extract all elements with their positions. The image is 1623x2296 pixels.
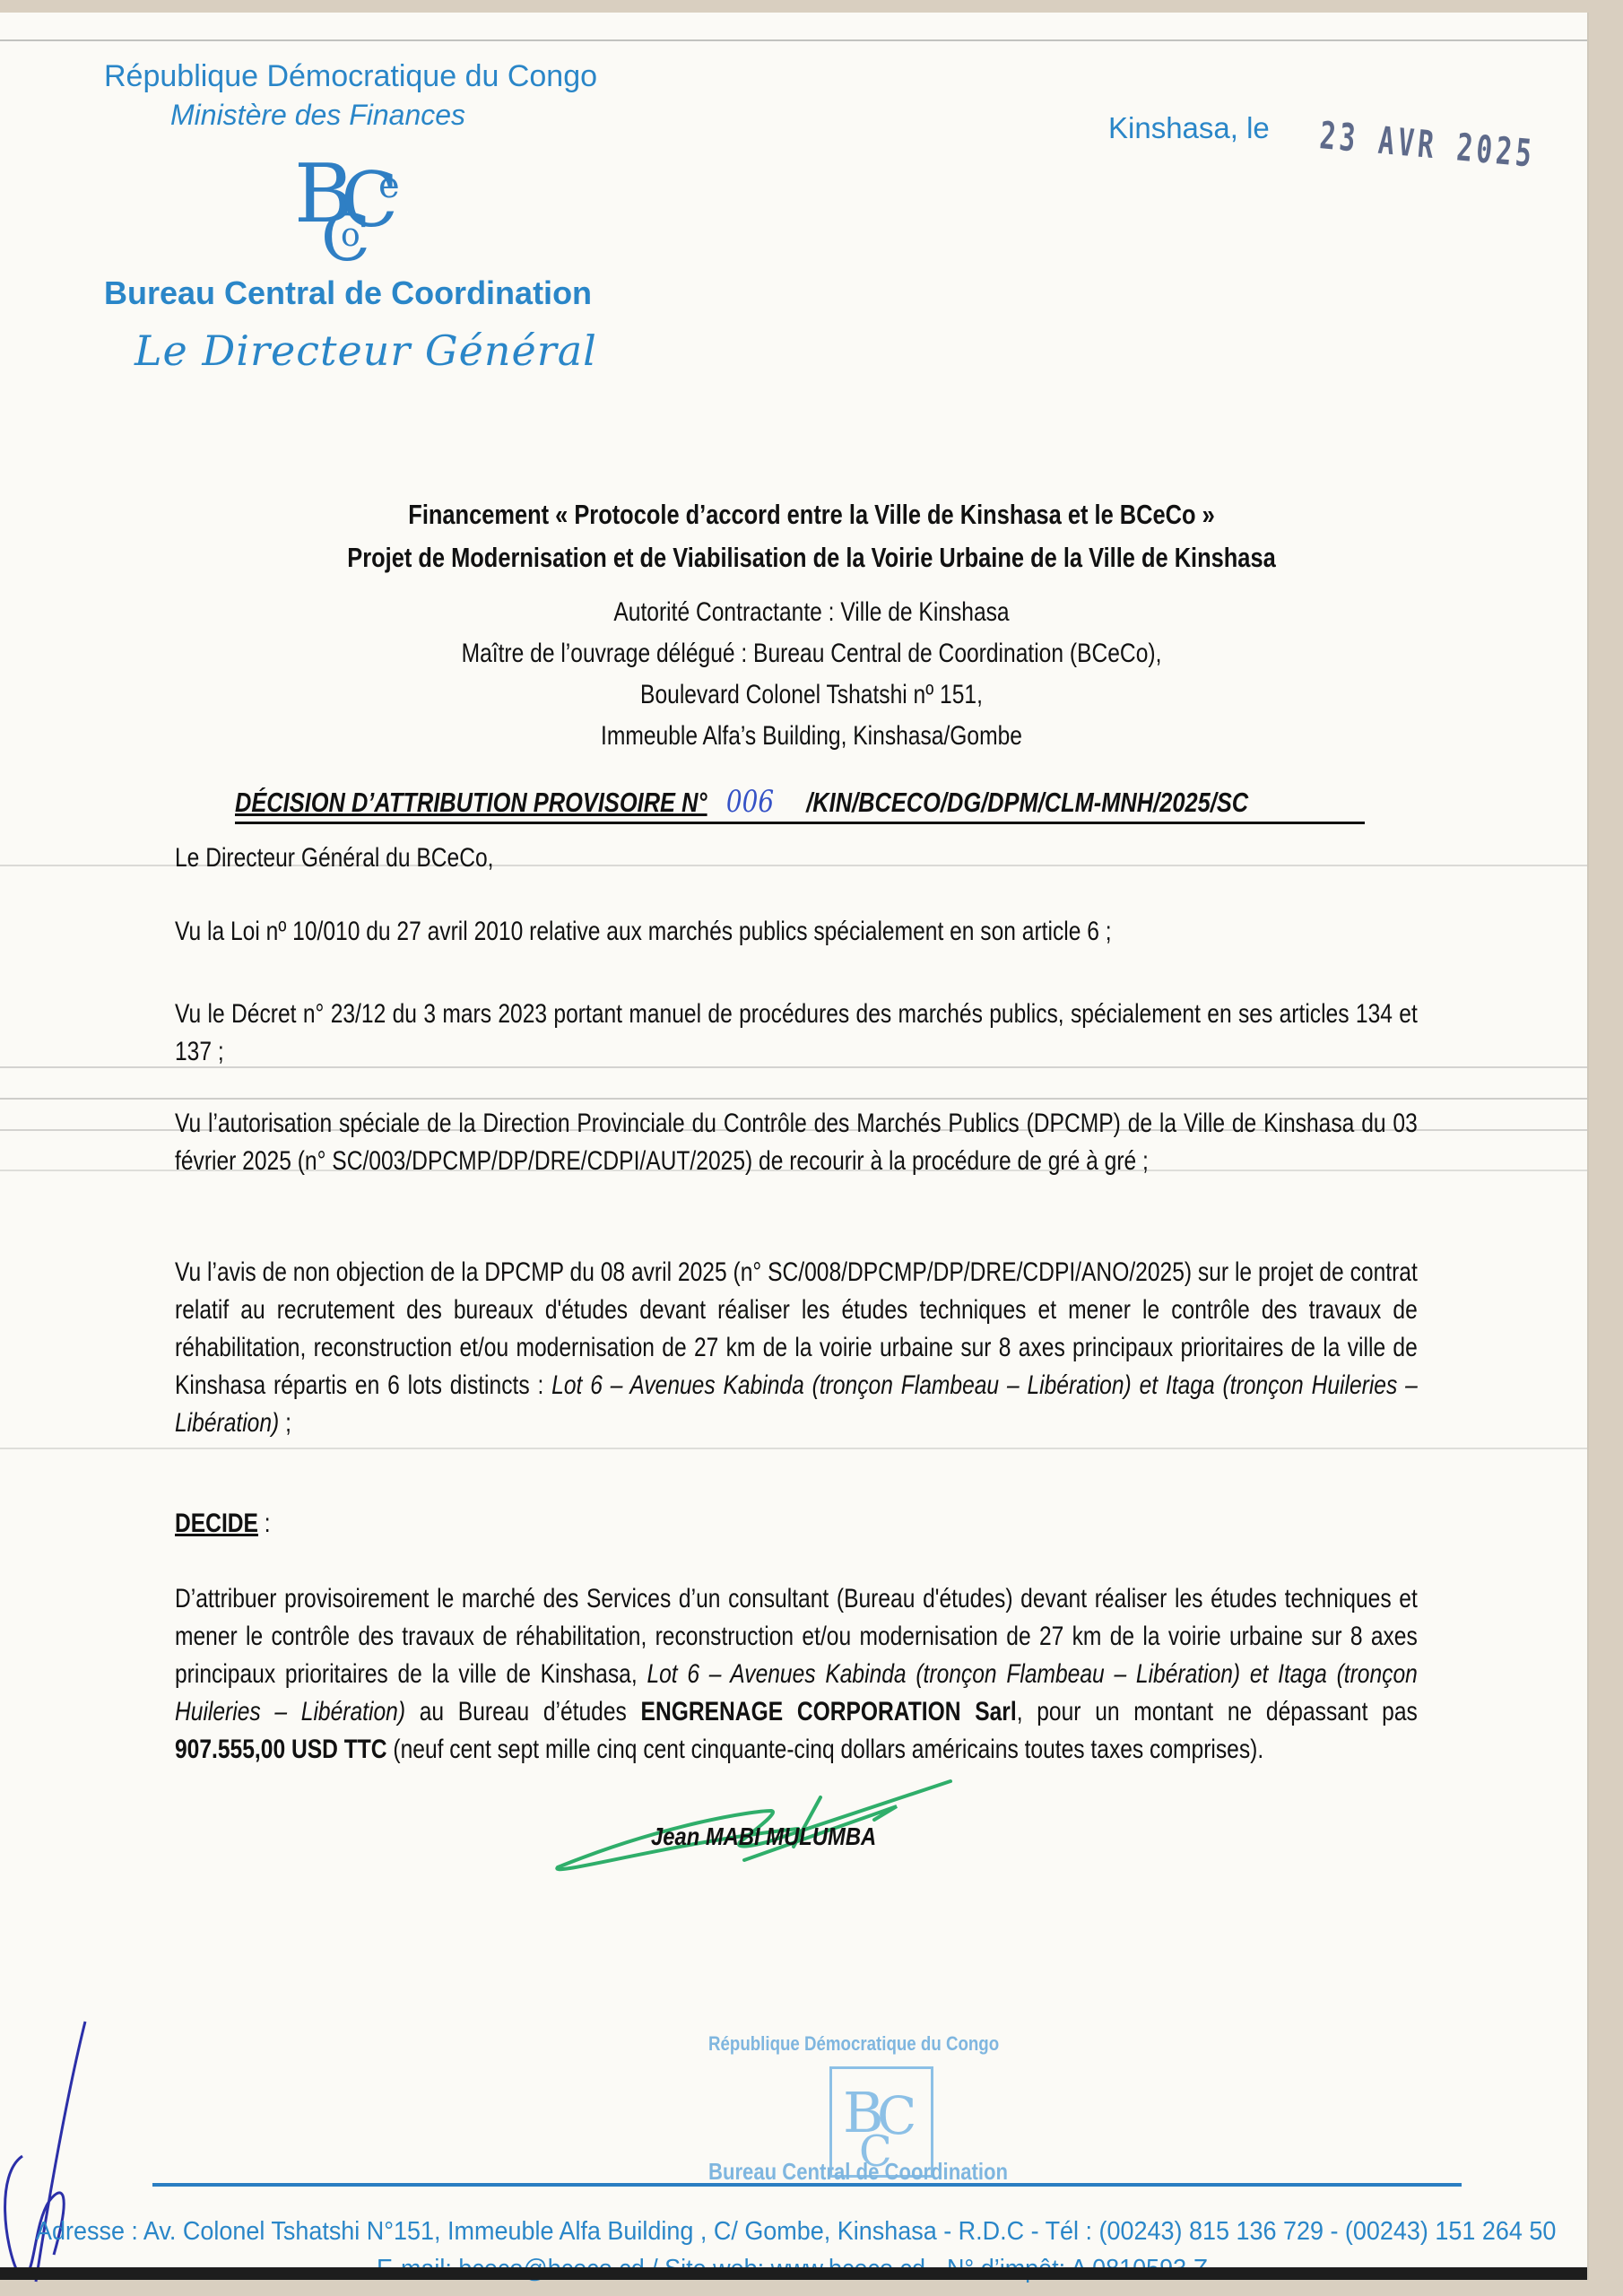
project-title: Projet de Modernisation et de Viabilisat… <box>347 542 1275 574</box>
decision-number: 006 <box>726 784 774 820</box>
award-paragraph: D’attribuer provisoirement le marché des… <box>175 1580 1418 1769</box>
award-amount: 907.555,00 USD TTC <box>175 1735 387 1764</box>
bceco-logo-icon: B C e C o <box>285 145 420 266</box>
decide-label: DECIDE <box>175 1509 258 1538</box>
award-amount-prefix: , pour un montant ne dépassant pas <box>1017 1697 1418 1726</box>
letterhead-country: République Démocratique du Congo <box>104 59 597 94</box>
scan-artifact <box>0 1098 1587 1100</box>
place-date-label: Kinshasa, le <box>1108 111 1270 145</box>
address-line-1: Boulevard Colonel Tshatshi nº 151, <box>640 680 983 710</box>
award-amount-words: (neuf cent sept mille cinq cent cinquant… <box>387 1735 1264 1764</box>
stamp-organization: Bureau Central de Coordination <box>708 2158 1008 2186</box>
scan-artifact <box>0 39 1587 41</box>
award-to: au Bureau d’études <box>405 1697 641 1726</box>
letterhead-organization: Bureau Central de Coordination <box>104 274 592 312</box>
decide-heading: DECIDE : <box>175 1509 271 1539</box>
footer-rule <box>152 2183 1462 2187</box>
awarded-company: ENGRENAGE CORPORATION Sarl <box>641 1697 1017 1726</box>
consideration-no-objection: Vu l’avis de non objection de la DPCMP d… <box>175 1254 1418 1442</box>
signatory-name: Jean MABI MULUMBA <box>651 1822 876 1851</box>
contracting-authority: Autorité Contractante : Ville de Kinshas… <box>613 597 1009 628</box>
date-stamp: 23 AVR 2025 <box>1318 113 1537 176</box>
decision-reference: /KIN/BCECO/DG/DPM/CLM-MNH/2025/SC <box>806 787 1248 818</box>
decision-title: DÉCISION D’ATTRIBUTION PROVISOIRE N°006/… <box>235 784 1248 820</box>
consideration-authorization: Vu l’autorisation spéciale de la Directi… <box>175 1105 1418 1180</box>
stamp-country: République Démocratique du Congo <box>708 2032 999 2056</box>
decide-colon: : <box>258 1509 271 1538</box>
consideration-decree: Vu le Décret n° 23/12 du 3 mars 2023 por… <box>175 996 1418 1071</box>
intro-line: Le Directeur Général du BCeCo, <box>175 839 1418 877</box>
delegate-owner: Maître de l’ouvrage délégué : Bureau Cen… <box>462 639 1162 669</box>
document-page: République Démocratique du Congo Ministè… <box>0 13 1589 2280</box>
decision-underline <box>235 822 1365 824</box>
scan-artifact <box>0 1448 1587 1449</box>
consideration-law: Vu la Loi nº 10/010 du 27 avril 2010 rel… <box>175 913 1418 951</box>
decision-label: DÉCISION D’ATTRIBUTION PROVISOIRE N° <box>235 787 707 818</box>
initials-icon <box>0 2022 108 2291</box>
financing-title: Financement « Protocole d’accord entre l… <box>408 499 1214 531</box>
letterhead-ministry: Ministère des Finances <box>170 99 465 132</box>
footer-address: Adresse : Av. Colonel Tshatshi N°151, Im… <box>36 2217 1556 2247</box>
letterhead-office: Le Directeur Général <box>135 326 597 375</box>
svg-text:o: o <box>341 217 360 254</box>
address-line-2: Immeuble Alfa’s Building, Kinshasa/Gombe <box>601 721 1022 752</box>
no-objection-end: ; <box>279 1408 291 1438</box>
paper-edge <box>0 2267 1587 2280</box>
svg-text:e: e <box>378 165 400 206</box>
